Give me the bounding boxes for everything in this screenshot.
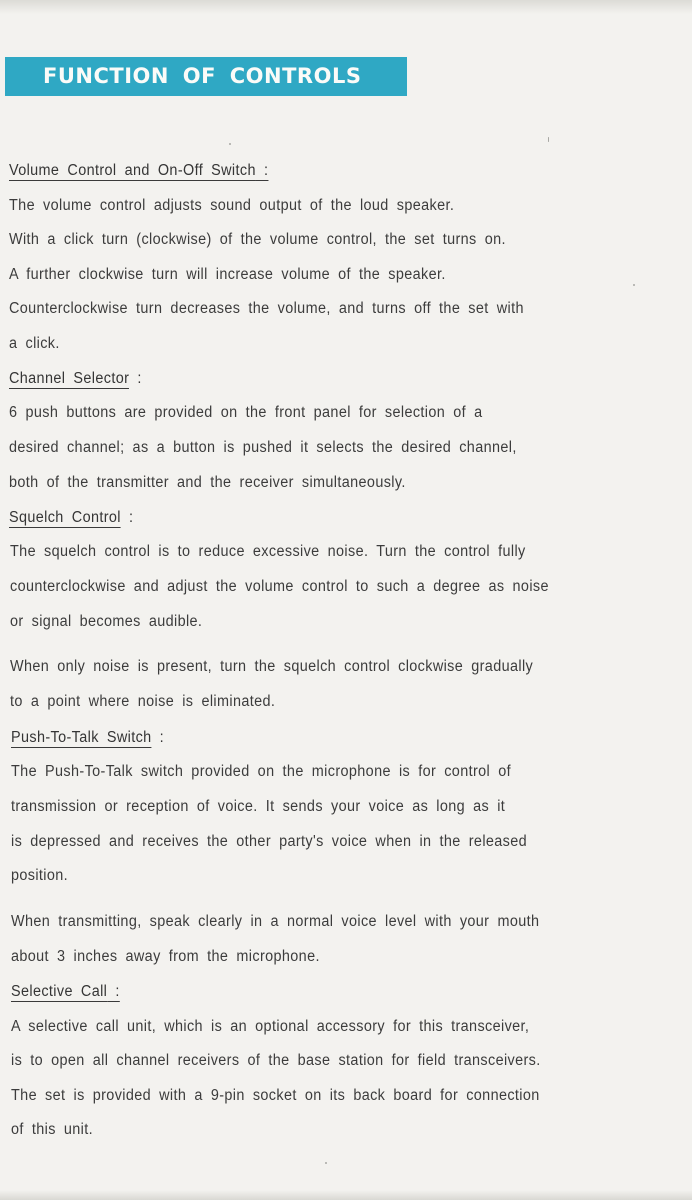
body-line: A further clockwise turn will increase v… bbox=[9, 266, 446, 284]
body-line: The set is provided with a 9-pin socket … bbox=[11, 1087, 540, 1105]
paper-speck bbox=[548, 137, 549, 142]
section-heading-selective-call: Selective Call : bbox=[11, 983, 120, 1001]
body-line: or signal becomes audible. bbox=[10, 613, 202, 631]
page-edge-top bbox=[0, 0, 692, 14]
body-line: position. bbox=[11, 867, 68, 885]
body-line: both of the transmitter and the receiver… bbox=[9, 474, 406, 492]
body-line: When only noise is present, turn the squ… bbox=[10, 658, 533, 676]
heading-text: Selective Call bbox=[11, 983, 107, 1002]
page-edge-bottom bbox=[0, 1190, 692, 1200]
heading-text: Squelch Control bbox=[9, 509, 121, 528]
section-heading-volume: Volume Control and On-Off Switch : bbox=[9, 162, 268, 180]
heading-text: Push-To-Talk Switch bbox=[11, 729, 152, 748]
heading-colon: : bbox=[256, 162, 268, 181]
body-line: to a point where noise is eliminated. bbox=[10, 693, 275, 711]
body-line: 6 push buttons are provided on the front… bbox=[9, 404, 483, 422]
body-line: a click. bbox=[9, 335, 60, 353]
section-heading-channel: Channel Selector : bbox=[9, 370, 142, 388]
body-line: A selective call unit, which is an optio… bbox=[11, 1018, 529, 1036]
heading-colon: : bbox=[129, 370, 141, 387]
body-line: With a click turn (clockwise) of the vol… bbox=[9, 231, 506, 249]
heading-colon: : bbox=[121, 509, 133, 526]
body-line: desired channel; as a button is pushed i… bbox=[9, 439, 517, 457]
paper-speck bbox=[325, 1162, 327, 1164]
page-title: FUNCTION OF CONTROLS bbox=[5, 57, 407, 96]
body-line: transmission or reception of voice. It s… bbox=[11, 798, 505, 816]
body-line: The volume control adjusts sound output … bbox=[9, 197, 454, 215]
paper-speck bbox=[229, 143, 231, 145]
body-line: Counterclockwise turn decreases the volu… bbox=[9, 300, 524, 318]
heading-text: Channel Selector bbox=[9, 370, 129, 389]
paper-speck bbox=[633, 284, 635, 286]
body-line: is to open all channel receivers of the … bbox=[11, 1052, 541, 1070]
section-heading-ptt: Push-To-Talk Switch : bbox=[11, 729, 164, 747]
body-line: The squelch control is to reduce excessi… bbox=[10, 543, 526, 561]
heading-colon: : bbox=[107, 983, 119, 1002]
body-line: about 3 inches away from the microphone. bbox=[11, 948, 320, 966]
body-line: When transmitting, speak clearly in a no… bbox=[11, 913, 539, 931]
heading-text: Volume Control and On-Off Switch bbox=[9, 162, 256, 181]
body-line: of this unit. bbox=[11, 1121, 93, 1139]
body-line: counterclockwise and adjust the volume c… bbox=[10, 578, 549, 596]
section-heading-squelch: Squelch Control : bbox=[9, 509, 133, 527]
body-line: The Push-To-Talk switch provided on the … bbox=[11, 763, 511, 781]
body-line: is depressed and receives the other part… bbox=[11, 833, 527, 851]
heading-colon: : bbox=[152, 729, 164, 746]
